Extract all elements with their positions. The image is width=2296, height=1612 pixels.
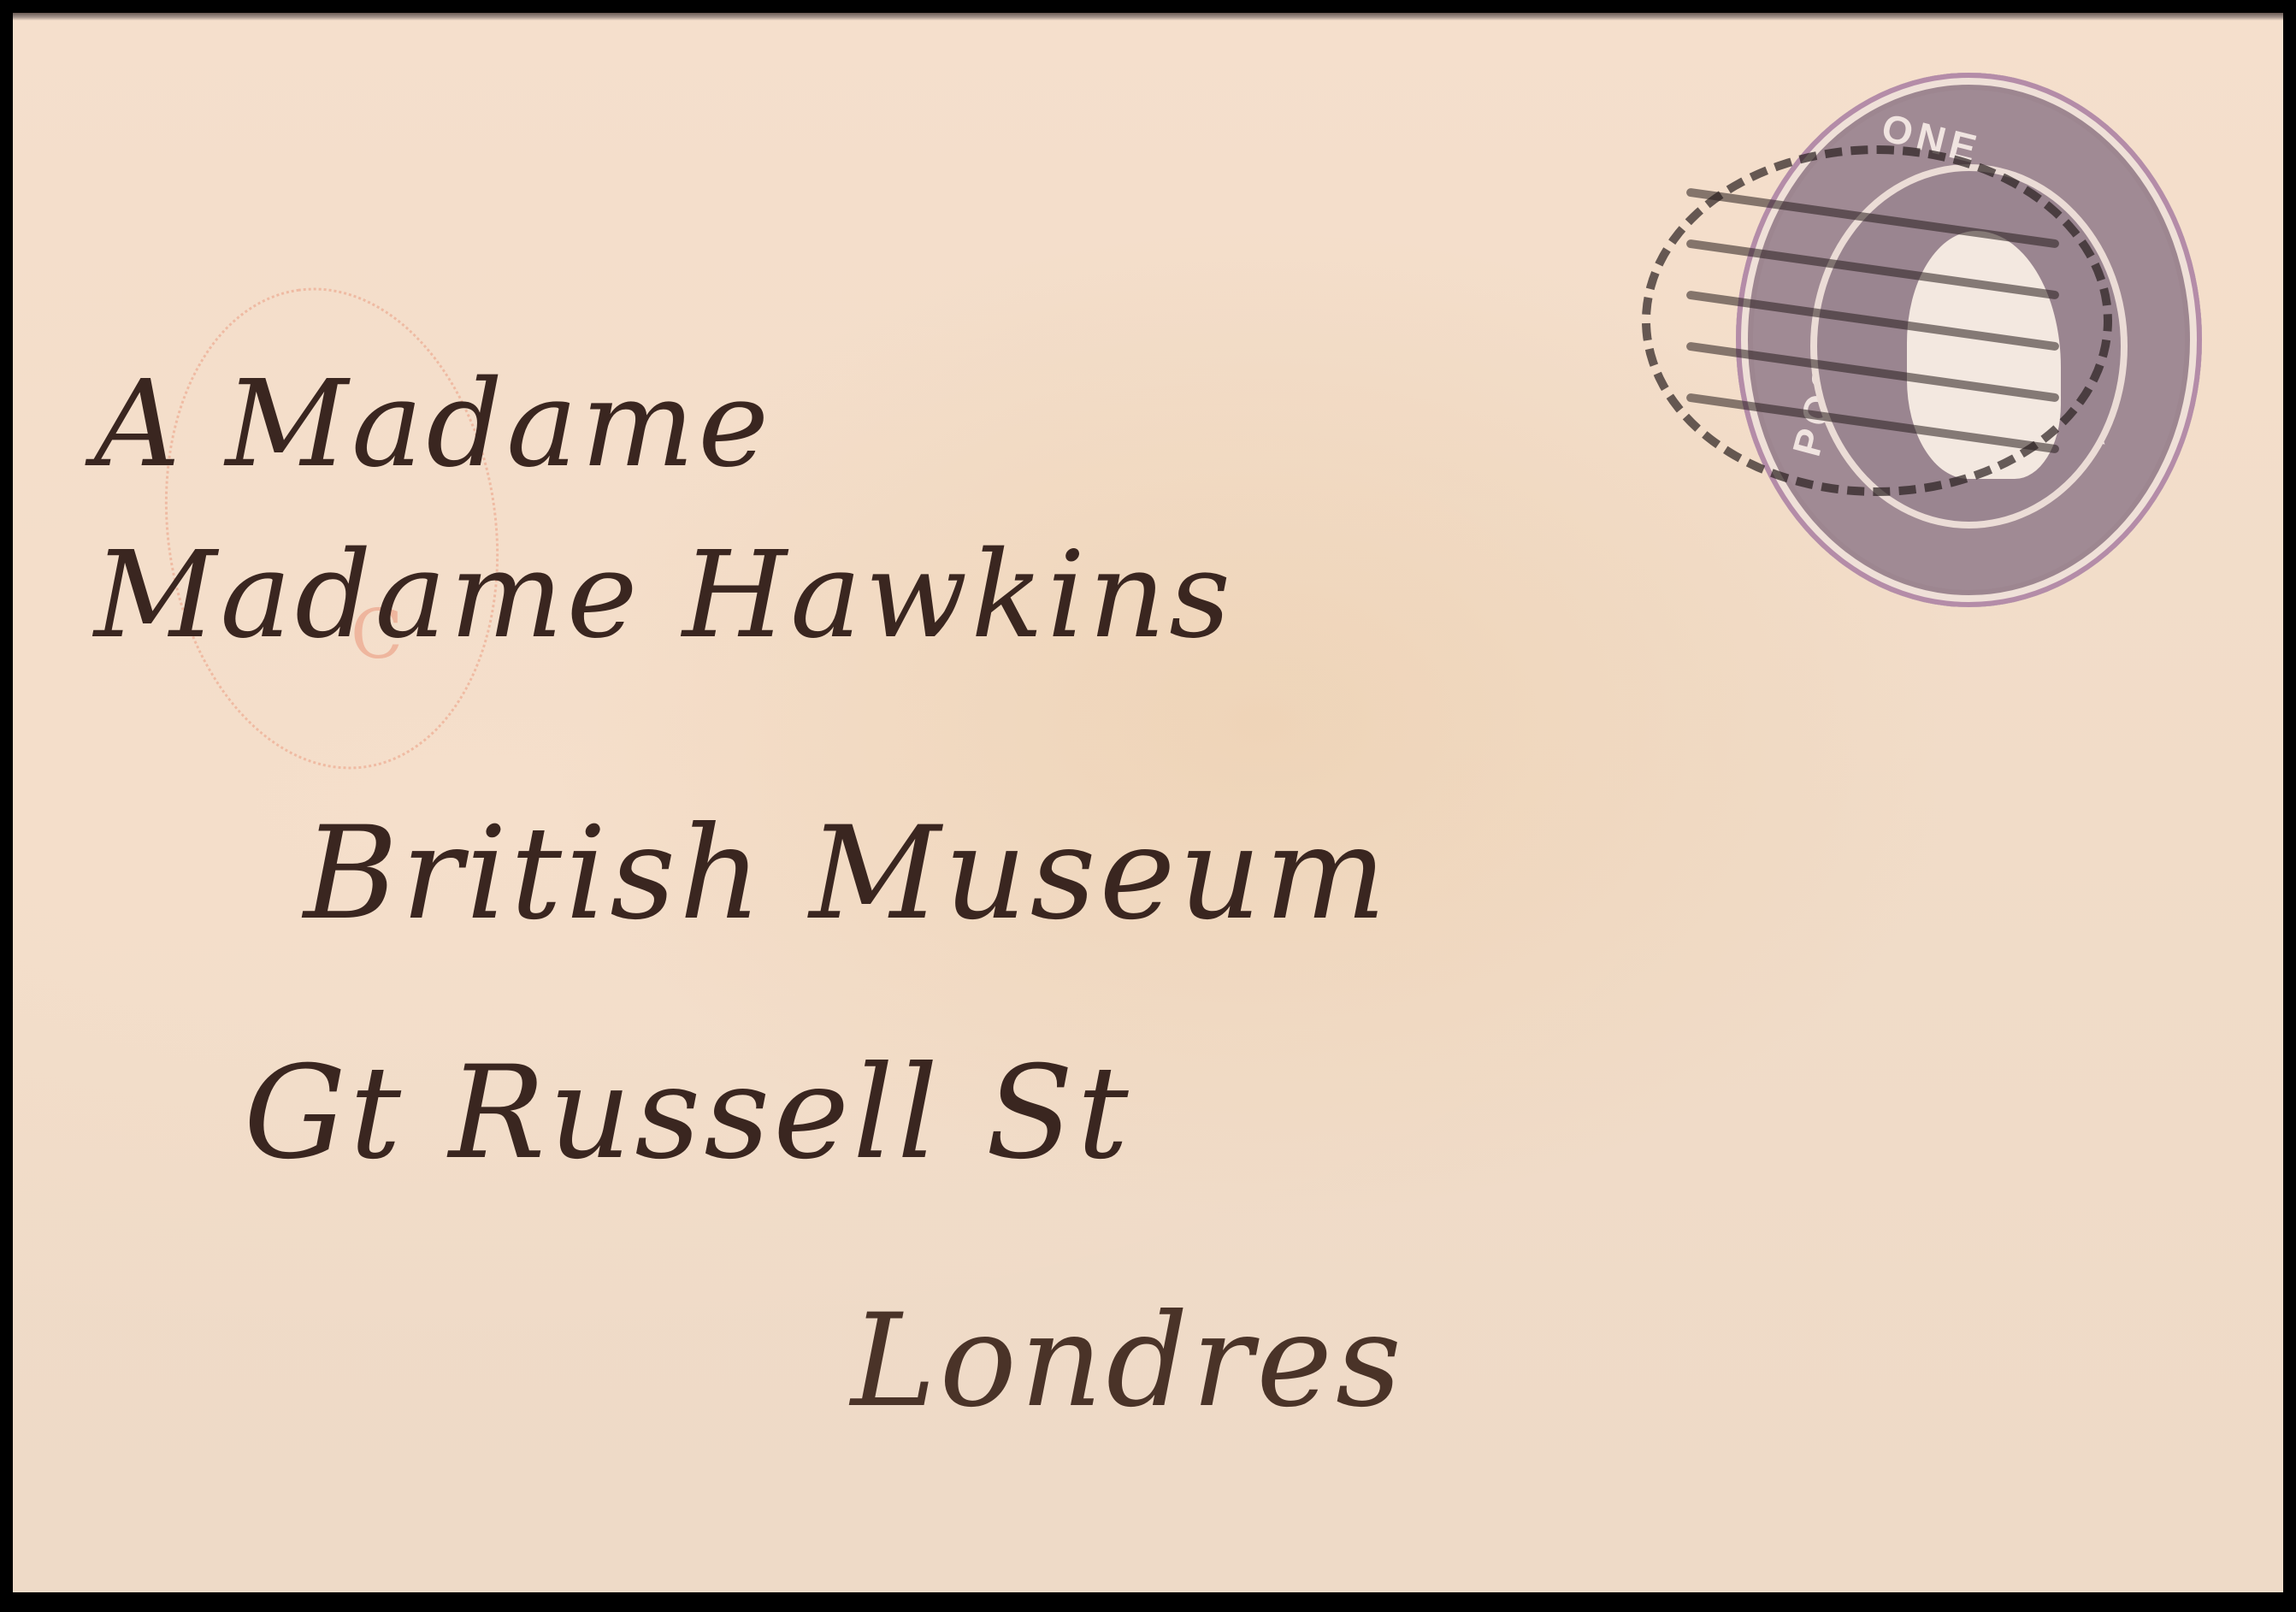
address-line-1: A Madame bbox=[94, 355, 772, 494]
cancellation-mark bbox=[1642, 145, 2112, 496]
address-line-4: Gt Russell St bbox=[244, 1039, 1132, 1188]
cancel-bar bbox=[1685, 393, 2059, 453]
address-line-2: Madame Hawkins bbox=[94, 526, 1234, 665]
address-line-3: British Museum bbox=[304, 800, 1390, 948]
address-line-5: Londres bbox=[851, 1287, 1405, 1436]
envelope-top-edge bbox=[13, 13, 2283, 21]
cancel-bar bbox=[1685, 341, 2059, 402]
cancel-bar bbox=[1685, 290, 2059, 351]
cancel-bar bbox=[1685, 239, 2059, 299]
cancel-bar bbox=[1685, 187, 2059, 248]
